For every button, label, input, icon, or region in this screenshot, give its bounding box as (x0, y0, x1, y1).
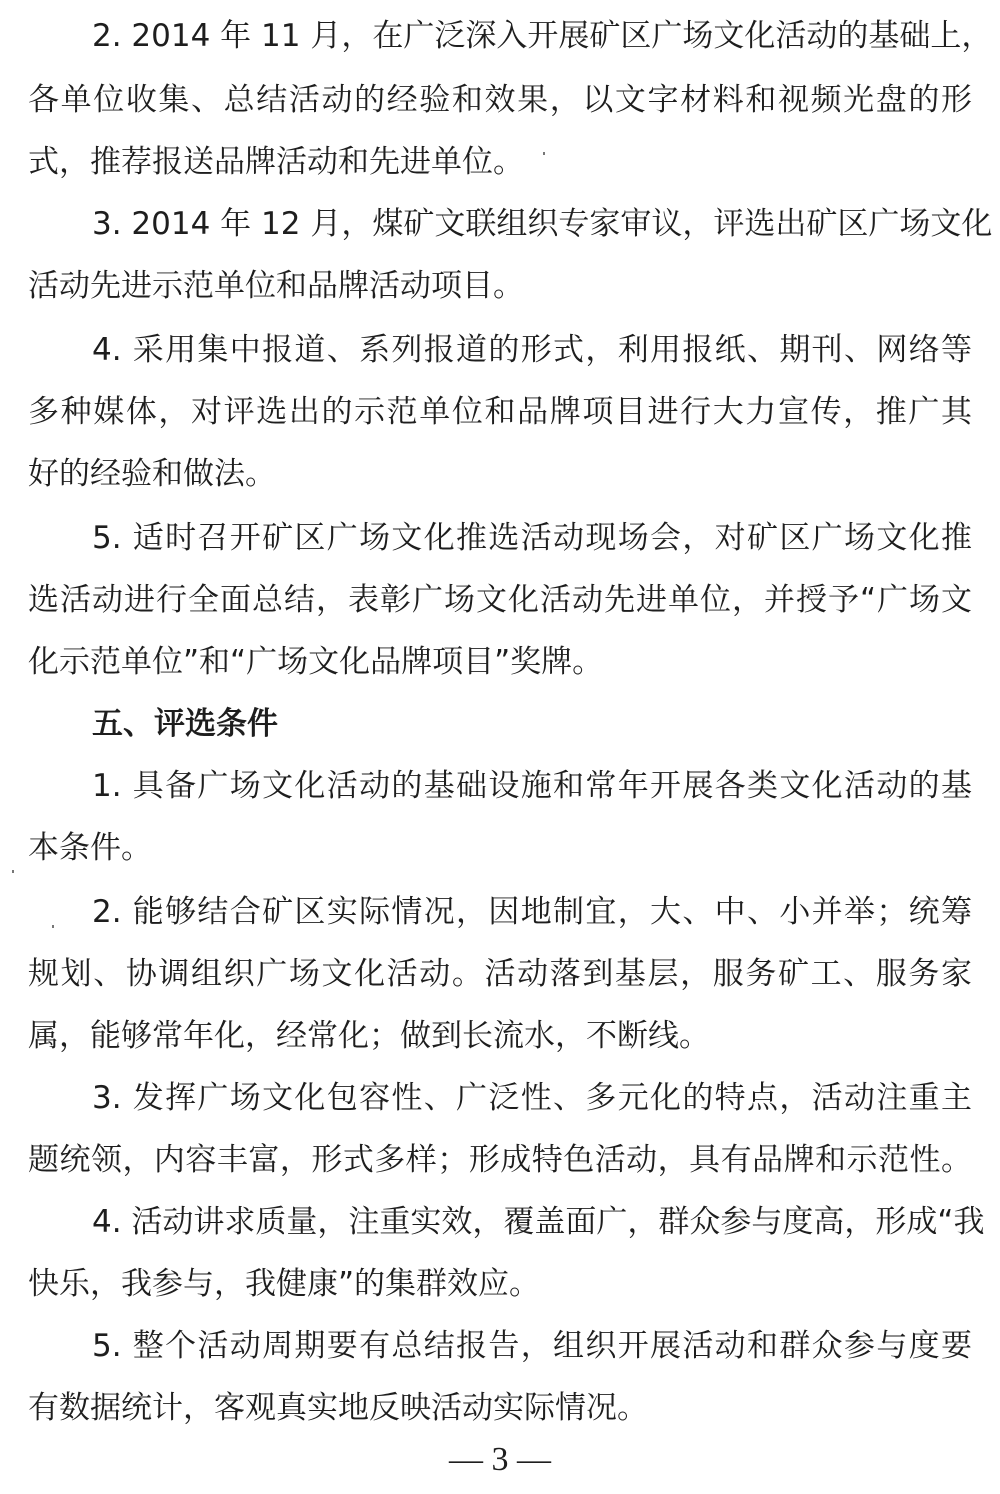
scan-speck (12, 870, 14, 873)
paragraph-line: 5. 整个活动周期要有总结报告，组织开展活动和群众参与度要 (92, 1324, 972, 1368)
scan-speck (52, 925, 54, 928)
paragraph-line: 规划、协调组织广场文化活动。活动落到基层，服务矿工、服务家 (28, 952, 972, 996)
document-page: 2. 2014 年 11 月，在广泛深入开展矿区广场文化活动的基础上， 各单位收… (0, 0, 1000, 1494)
section-heading: 五、评选条件 (92, 702, 972, 746)
paragraph-line: 好的经验和做法。 (28, 452, 972, 496)
paragraph-line: 4. 采用集中报道、系列报道的形式，利用报纸、期刊、网络等 (92, 328, 972, 372)
scan-speck (543, 152, 545, 155)
paragraph-line: 本条件。 (28, 826, 972, 870)
page-number: — 3 — (0, 1440, 1000, 1480)
paragraph-line: 活动先进示范单位和品牌活动项目。 (28, 264, 972, 308)
paragraph-line: 1. 具备广场文化活动的基础设施和常年开展各类文化活动的基 (92, 764, 972, 808)
paragraph-line: 快乐，我参与，我健康”的集群效应。 (28, 1262, 972, 1306)
paragraph-line: 属，能够常年化，经常化；做到长流水，不断线。 (28, 1014, 972, 1058)
paragraph-line: 各单位收集、总结活动的经验和效果，以文字材料和视频光盘的形 (28, 78, 972, 122)
paragraph-line: 3. 2014 年 12 月，煤矿文联组织专家审议，评选出矿区广场文化 (92, 202, 972, 246)
paragraph-line: 3. 发挥广场文化包容性、广泛性、多元化的特点，活动注重主 (92, 1076, 972, 1120)
paragraph-line: 化示范单位”和“广场文化品牌项目”奖牌。 (28, 640, 972, 684)
paragraph-line: 题统领，内容丰富，形式多样；形成特色活动，具有品牌和示范性。 (28, 1138, 972, 1182)
paragraph-line: 5. 适时召开矿区广场文化推选活动现场会，对矿区广场文化推 (92, 516, 972, 560)
paragraph-line: 2. 2014 年 11 月，在广泛深入开展矿区广场文化活动的基础上， (92, 14, 972, 58)
paragraph-line: 选活动进行全面总结，表彰广场文化活动先进单位，并授予“广场文 (28, 578, 972, 622)
paragraph-line: 式，推荐报送品牌活动和先进单位。 (28, 140, 972, 184)
paragraph-line: 2. 能够结合矿区实际情况，因地制宜，大、中、小并举；统筹 (92, 890, 972, 934)
paragraph-line: 有数据统计，客观真实地反映活动实际情况。 (28, 1386, 972, 1430)
paragraph-line: 4. 活动讲求质量，注重实效，覆盖面广，群众参与度高，形成“我 (92, 1200, 972, 1244)
paragraph-line: 多种媒体，对评选出的示范单位和品牌项目进行大力宣传，推广其 (28, 390, 972, 434)
